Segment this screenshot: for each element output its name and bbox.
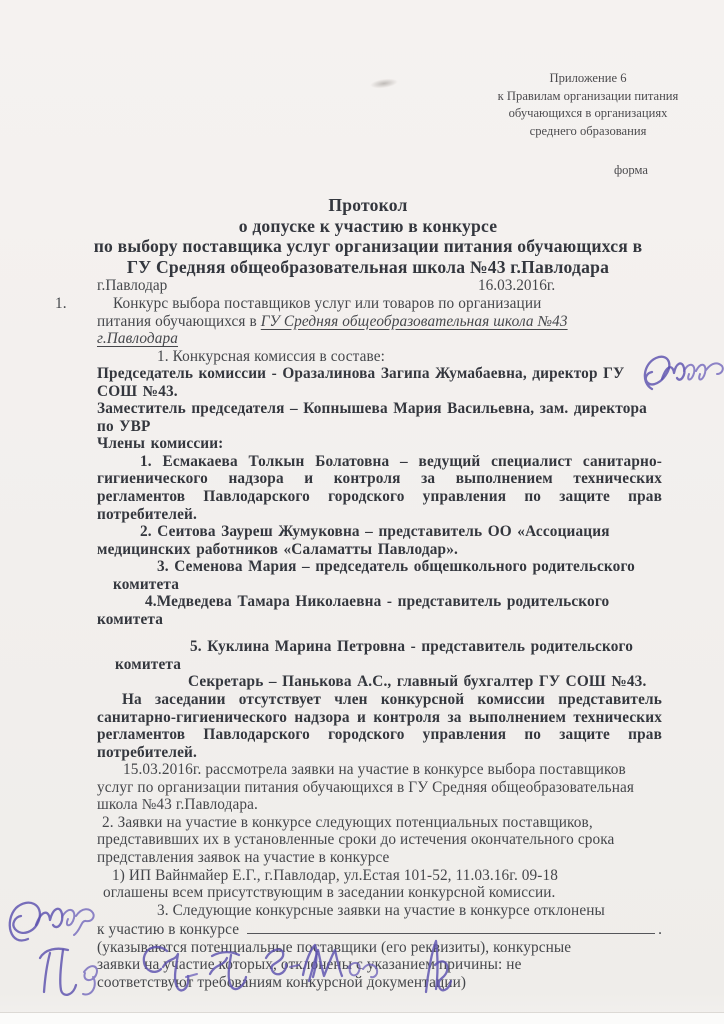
member-5-line: 5. Куклина Марина Петровна - представите… [97, 638, 662, 673]
member-4-line: 4.Медведева Тамара Николаевна - представ… [97, 593, 662, 628]
deputy-line: Заместитель председателя – Копнышева Мар… [97, 400, 662, 435]
document-title: Протокол о допуске к участию в конкурсе … [38, 195, 698, 277]
applications-paragraph: 2. Заявки на участие в конкурсе следующи… [97, 814, 662, 867]
date-label: 16.03.2016г. [478, 277, 555, 295]
appendix-line: Приложение 6 [474, 70, 702, 88]
commission-member-signature-3-ink [182, 943, 258, 1001]
member-1-line: 1. Есмакаева Толкын Болатовна – ведущий … [97, 453, 662, 523]
paragraph-item-1: 1.Конкурс выбора поставщиков услуг или т… [97, 295, 597, 348]
member-2-line: 2. Сеитова Зауреш Жумуковна – представит… [97, 523, 662, 558]
city-label: г.Павлодар [97, 277, 167, 294]
title-line-2: о допуске к участию в конкурсе [38, 216, 698, 237]
appendix-line: среднего образования [474, 123, 702, 141]
scanned-protocol-document: Приложение 6 к Правилам организации пита… [0, 0, 724, 1024]
absent-member-paragraph: На заседании отсутствует член конкурсной… [97, 691, 662, 761]
commission-intro: 1. Конкурсная комиссия в составе: [97, 348, 662, 366]
appendix-line: обучающихся в организациях [474, 105, 702, 123]
review-paragraph: 15.03.2016г. рассмотрела заявки на участ… [97, 761, 662, 814]
members-label: Члены комиссии: [97, 435, 662, 453]
secretary-line: Секретарь – Панькова А.С., главный бухга… [97, 673, 662, 691]
appendix-block: Приложение 6 к Правилам организации пита… [474, 70, 702, 180]
commission-member-signature-5-ink [303, 941, 383, 993]
appendix-line: к Правилам организации питания [474, 88, 702, 106]
list-number: 1. [55, 295, 67, 313]
commission-member-signature-6-ink [406, 934, 460, 1008]
rejected-intro-line: 3. Следующие конкурсные заявки на участи… [97, 902, 662, 920]
commission-member-signature-1-ink [32, 940, 116, 1002]
fill-in-blank-line [247, 919, 655, 934]
director-signature-top-right-ink [636, 349, 724, 411]
title-line-1: Протокол [38, 195, 698, 216]
pencil-smudge [370, 77, 399, 90]
title-line-4: ГУ Средняя общеобразовательная школа №43… [38, 257, 698, 278]
chairman-line: Председатель комиссии - Оразалинова Заги… [97, 365, 662, 400]
scan-paper-edge [0, 1012, 724, 1024]
supplier-1-line: 1) ИП Вайнмайер Е.Г., г.Павлодар, ул.Ест… [97, 867, 662, 885]
place-date-row: г.Павлодар 16.03.2016г. [97, 277, 662, 295]
member-3-line: 3. Семенова Мария – председатель общешко… [97, 558, 662, 593]
announced-line: оглашены всем присутствующим в заседании… [97, 884, 662, 902]
blank-suffix: . [658, 921, 662, 939]
document-body: 1.Конкурс выбора поставщиков услуг или т… [97, 295, 662, 991]
form-label: форма [474, 162, 702, 180]
title-line-3: по выбору поставщика услуг организации п… [38, 236, 698, 257]
